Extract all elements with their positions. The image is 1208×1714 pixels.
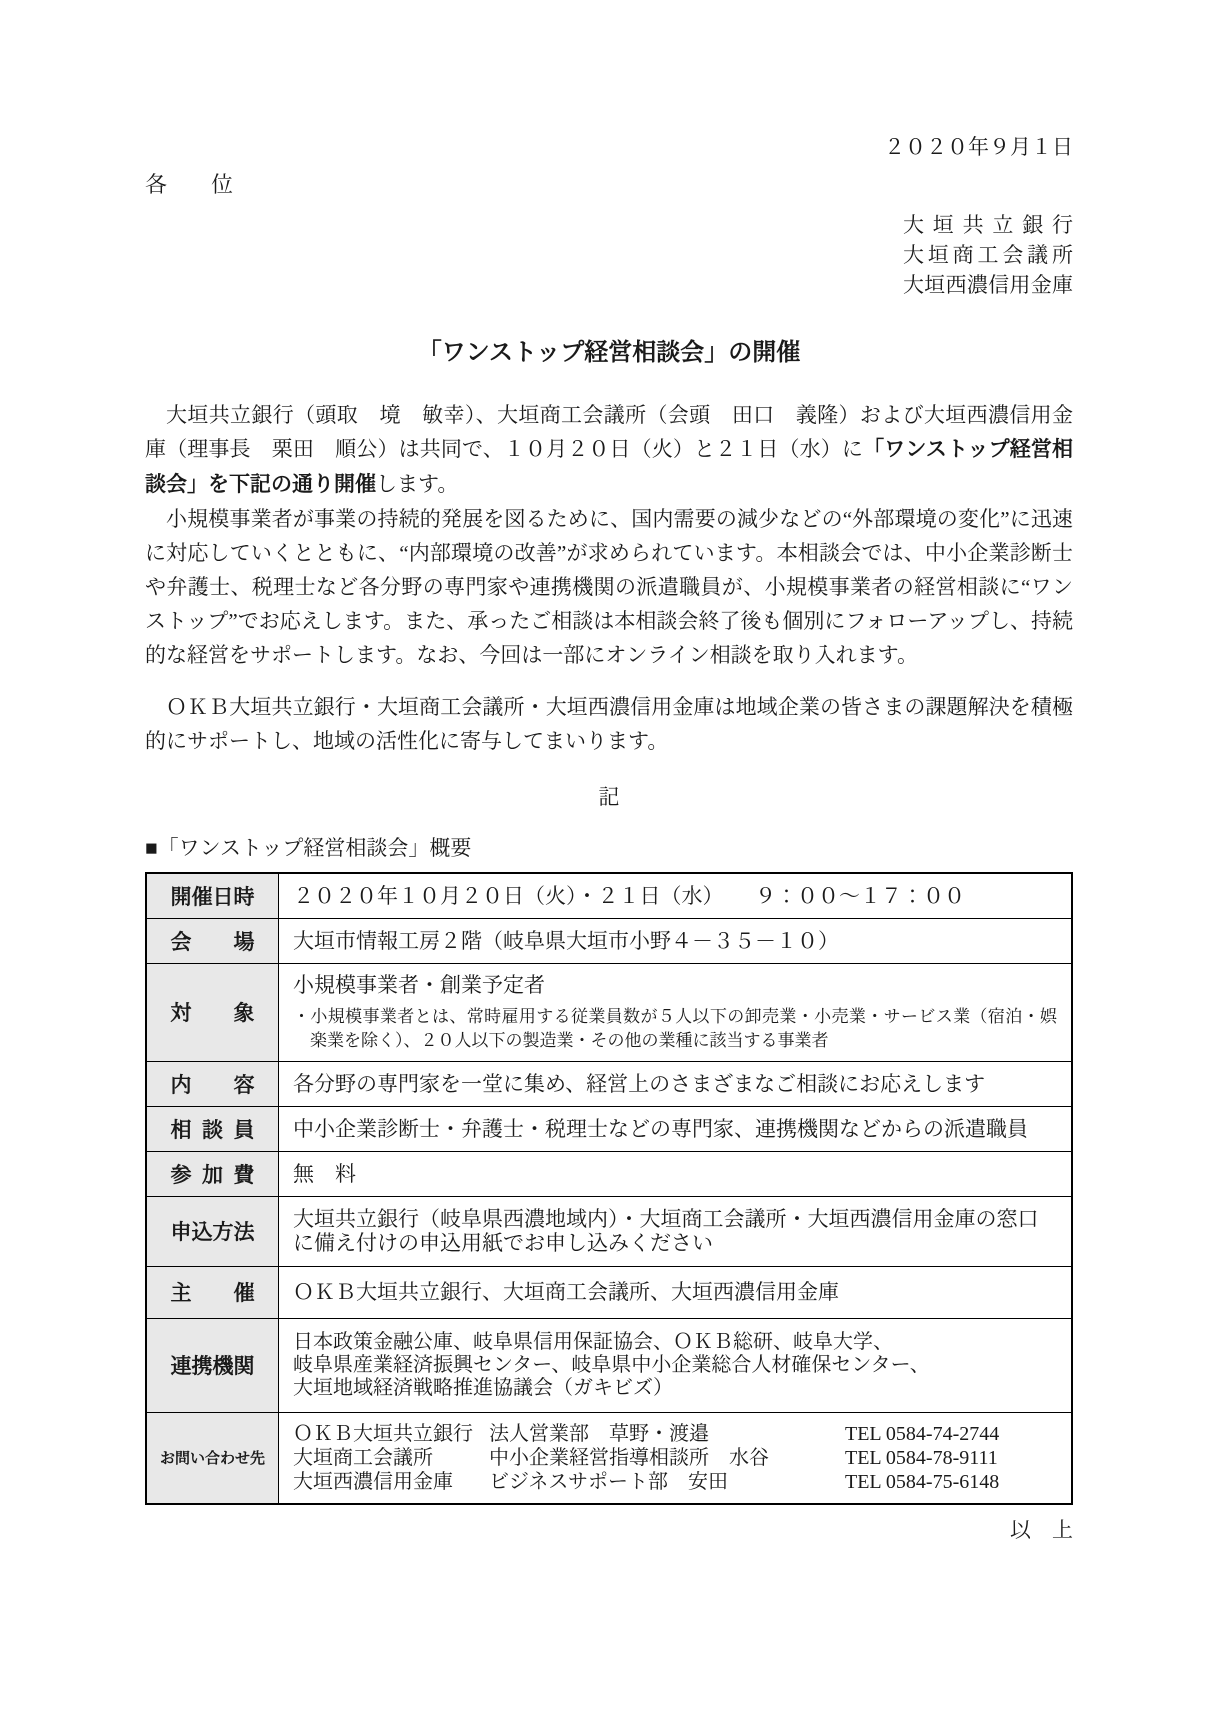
row-label: 主 催 [146,1266,279,1318]
row-label: 申込方法 [146,1196,279,1266]
sender-block: 大垣共立銀行 大垣商工会議所 大垣西濃信用金庫 [145,210,1073,300]
table-row-application: 申込方法 大垣共立銀行（岐阜県西濃地域内）・大垣商工会議所・大垣西濃信用金庫の窓… [146,1196,1072,1266]
table-row-organizer: 主 催 ＯＫＢ大垣共立銀行、大垣商工会議所、大垣西濃信用金庫 [146,1266,1072,1318]
sender-line: 大垣商工会議所 [145,240,1073,270]
contact-org: 大垣商工会議所 [293,1446,489,1470]
row-content: 大垣共立銀行（岐阜県西濃地域内）・大垣商工会議所・大垣西濃信用金庫の窓口に備え付… [279,1196,1073,1266]
row-content: 中小企業診断士・弁護士・税理士などの専門家、連携機関などからの派遣職員 [279,1106,1073,1151]
row-label: 内 容 [146,1061,279,1106]
overview-table: 開催日時 ２０２０年１０月２０日（火）・２１日（水） ９：００～１７：００ 会 … [145,872,1073,1505]
contact-org: ＯＫＢ大垣共立銀行 [293,1422,489,1446]
row-label: 参加費 [146,1151,279,1196]
table-row-venue: 会 場 大垣市情報工房２階（岐阜県大垣市小野４－３５－１０） [146,918,1072,963]
contact-dept: 中小企業経営指導相談所 水谷 [489,1446,845,1470]
row-content: ＯＫＢ大垣共立銀行 法人営業部 草野・渡邉 TEL 0584-74-2744 大… [279,1412,1073,1504]
row-content: 小規模事業者・創業予定者 ・小規模事業者とは、常時雇用する従業員数が５人以下の卸… [279,963,1073,1061]
row-label: 相談員 [146,1106,279,1151]
row-content: ＯＫＢ大垣共立銀行、大垣商工会議所、大垣西濃信用金庫 [279,1266,1073,1318]
contact-dept: 法人営業部 草野・渡邉 [489,1422,845,1446]
partner-line: 日本政策金融公庫、岐阜県信用保証協会、ＯＫＢ総研、岐阜大学、 [293,1331,1057,1354]
record-marker: 記 [145,782,1073,812]
table-row-partners: 連携機関 日本政策金融公庫、岐阜県信用保証協会、ＯＫＢ総研、岐阜大学、 岐阜県産… [146,1318,1072,1412]
contact-line: 大垣西濃信用金庫 ビジネスサポート部 安田 TEL 0584-75-6148 [293,1470,1057,1494]
row-content: 無 料 [279,1151,1073,1196]
table-row-fee: 参加費 無 料 [146,1151,1072,1196]
table-row-contact: お問い合わせ先 ＯＫＢ大垣共立銀行 法人営業部 草野・渡邉 TEL 0584-7… [146,1412,1072,1504]
row-content: 大垣市情報工房２階（岐阜県大垣市小野４－３５－１０） [279,918,1073,963]
document-page: ２０２０年９月１日 各 位 大垣共立銀行 大垣商工会議所 大垣西濃信用金庫 「ワ… [0,0,1208,1714]
row-label: 対 象 [146,963,279,1061]
row-label: 連携機関 [146,1318,279,1412]
row-label: お問い合わせ先 [146,1412,279,1504]
target-main: 小規模事業者・創業予定者 [293,971,1057,999]
table-row-target: 対 象 小規模事業者・創業予定者 ・小規模事業者とは、常時雇用する従業員数が５人… [146,963,1072,1061]
partner-line: 岐阜県産業経済振興センター、岐阜県中小企業総合人材確保センター、 [293,1354,1057,1377]
partner-line: 大垣地域経済戦略推進協議会（ガキビズ） [293,1377,1057,1400]
overview-heading: ■「ワンストップ経営相談会」概要 [145,834,1073,862]
target-note: ・小規模事業者とは、常時雇用する従業員数が５人以下の卸売業・小売業・サービス業（… [293,1005,1057,1053]
paragraph-background: 小規模事業者が事業の持続的発展を図るために、国内需要の減少などの“外部環境の変化… [145,502,1073,672]
paragraph-commitment: ＯＫＢ大垣共立銀行・大垣商工会議所・大垣西濃信用金庫は地域企業の皆さまの課題解決… [145,690,1073,758]
row-label: 開催日時 [146,873,279,918]
sender-line: 大垣西濃信用金庫 [145,270,1073,300]
paragraph-intro-tail: します。 [376,472,458,496]
closing-line: 以 上 [145,1515,1073,1545]
contact-org: 大垣西濃信用金庫 [293,1470,489,1494]
contact-dept: ビジネスサポート部 安田 [489,1470,845,1494]
row-content: 各分野の専門家を一堂に集め、経営上のさまざまなご相談にお応えします [279,1061,1073,1106]
row-content: 日本政策金融公庫、岐阜県信用保証協会、ＯＫＢ総研、岐阜大学、 岐阜県産業経済振興… [279,1318,1073,1412]
table-row-datetime: 開催日時 ２０２０年１０月２０日（火）・２１日（水） ９：００～１７：００ [146,873,1072,918]
page-title: 「ワンストップ経営相談会」の開催 [145,338,1073,368]
sender-line: 大垣共立銀行 [145,210,1073,240]
contact-tel: TEL 0584-74-2744 [845,1422,1057,1446]
date-line: ２０２０年９月１日 [145,134,1073,160]
table-row-advisors: 相談員 中小企業診断士・弁護士・税理士などの専門家、連携機関などからの派遣職員 [146,1106,1072,1151]
paragraph-intro: 大垣共立銀行（頭取 境 敏幸）、大垣商工会議所（会頭 田口 義隆）および大垣西濃… [145,398,1073,502]
contact-tel: TEL 0584-75-6148 [845,1470,1057,1494]
contact-tel: TEL 0584-78-9111 [845,1446,1057,1470]
row-content: ２０２０年１０月２０日（火）・２１日（水） ９：００～１７：００ [279,873,1073,918]
salutation: 各 位 [145,170,1073,200]
contact-line: 大垣商工会議所 中小企業経営指導相談所 水谷 TEL 0584-78-9111 [293,1446,1057,1470]
contact-line: ＯＫＢ大垣共立銀行 法人営業部 草野・渡邉 TEL 0584-74-2744 [293,1422,1057,1446]
table-row-content: 内 容 各分野の専門家を一堂に集め、経営上のさまざまなご相談にお応えします [146,1061,1072,1106]
row-label: 会 場 [146,918,279,963]
